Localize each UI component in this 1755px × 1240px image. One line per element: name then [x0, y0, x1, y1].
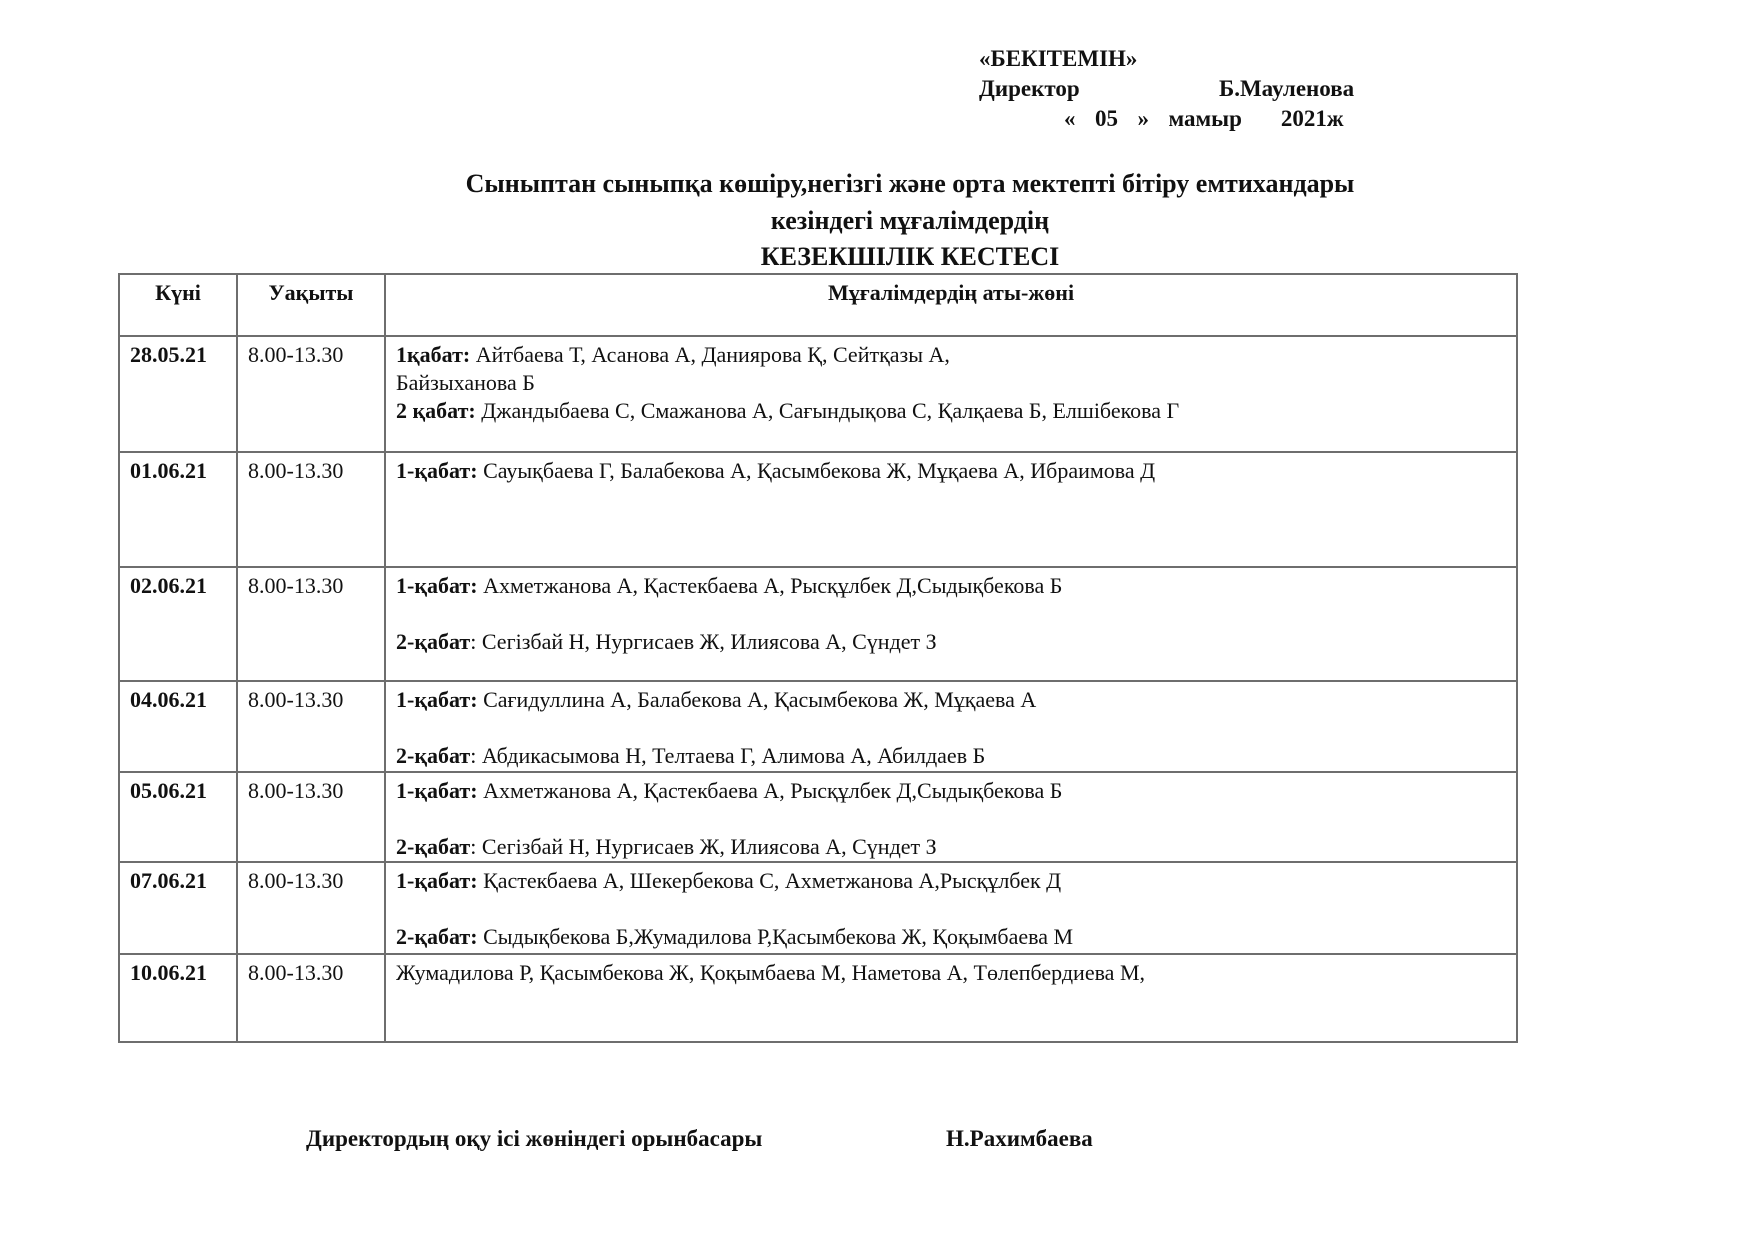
- approval-stamp: «БЕКІТЕМІН»: [979, 44, 1344, 74]
- cell-teachers: 1-қабат: Сағидуллина А, Балабекова А, Қа…: [385, 681, 1517, 772]
- teacher-line: 2-қабат: Абдикасымова Н, Телтаева Г, Али…: [396, 742, 1506, 770]
- teacher-names: Сауықбаева Г, Балабекова А, Қасымбекова …: [478, 458, 1156, 483]
- cell-teachers: 1қабат: Айтбаева Т, Асанова А, Даниярова…: [385, 336, 1517, 452]
- document-title-line-1: Сыныптан сыныпқа көшіру,негізгі және орт…: [0, 166, 1755, 201]
- floor-label: 1-қабат:: [396, 687, 478, 712]
- cell-time: 8.00-13.30: [237, 567, 385, 681]
- teacher-names: Айтбаева Т, Асанова А, Даниярова Қ, Сейт…: [470, 342, 950, 367]
- teacher-names: : Сегізбай Н, Нургисаев Ж, Илиясова А, С…: [470, 629, 936, 654]
- cell-time: 8.00-13.30: [237, 772, 385, 862]
- table-row: 10.06.218.00-13.30Жумадилова Р, Қасымбек…: [119, 954, 1517, 1042]
- teacher-names: : Абдикасымова Н, Телтаева Г, Алимова А,…: [470, 743, 985, 768]
- teacher-line: Жумадилова Р, Қасымбекова Ж, Қоқымбаева …: [396, 959, 1506, 987]
- teacher-names: Жумадилова Р, Қасымбекова Ж, Қоқымбаева …: [396, 960, 1145, 985]
- teacher-line: 1-қабат: Қастекбаева А, Шекербекова С, А…: [396, 867, 1506, 895]
- floor-label: 1-қабат:: [396, 573, 478, 598]
- footer-position: Директордың оқу ісі жөніндегі орынбасары: [306, 1126, 762, 1152]
- teacher-line: 2 қабат: Джандыбаева С, Смажанова А, Сағ…: [396, 397, 1506, 425]
- line-spacer: [396, 805, 1506, 833]
- cell-date: 07.06.21: [119, 862, 237, 954]
- cell-time: 8.00-13.30: [237, 954, 385, 1042]
- teacher-names: Джандыбаева С, Смажанова А, Сағындықова …: [476, 398, 1180, 423]
- teacher-line: 2-қабат: Сыдықбекова Б,Жумадилова Р,Қасы…: [396, 923, 1506, 951]
- teacher-names: Байзыханова Б: [396, 370, 535, 395]
- table-row: 07.06.218.00-13.301-қабат: Қастекбаева А…: [119, 862, 1517, 954]
- floor-label: 1-қабат:: [396, 778, 478, 803]
- teacher-line: Байзыханова Б: [396, 369, 1506, 397]
- header-teachers: Мұғалімдердің аты-жөні: [385, 274, 1517, 336]
- floor-label: 2 қабат:: [396, 398, 476, 423]
- document-title-line-2: кезіндегі мұғалімдердің: [0, 203, 1755, 238]
- document-title-line-3: КЕЗЕКШІЛІК КЕСТЕСІ: [0, 239, 1755, 274]
- table-row: 02.06.218.00-13.301-қабат: Ахметжанова А…: [119, 567, 1517, 681]
- floor-label: 1-қабат:: [396, 458, 478, 483]
- cell-time: 8.00-13.30: [237, 452, 385, 567]
- teacher-names: Сыдықбекова Б,Жумадилова Р,Қасымбекова Ж…: [478, 924, 1073, 949]
- cell-date: 28.05.21: [119, 336, 237, 452]
- line-spacer: [396, 714, 1506, 742]
- cell-teachers: 1-қабат: Ахметжанова А, Қастекбаева А, Р…: [385, 567, 1517, 681]
- teacher-names: Сағидуллина А, Балабекова А, Қасымбекова…: [478, 687, 1037, 712]
- cell-time: 8.00-13.30: [237, 336, 385, 452]
- line-spacer: [396, 895, 1506, 923]
- footer-signatory-name: Н.Рахимбаева: [946, 1126, 1093, 1152]
- cell-date: 02.06.21: [119, 567, 237, 681]
- line-spacer: [396, 600, 1506, 628]
- cell-time: 8.00-13.30: [237, 862, 385, 954]
- floor-label: 2-қабат:: [396, 924, 478, 949]
- cell-date: 10.06.21: [119, 954, 237, 1042]
- teacher-names: Ахметжанова А, Қастекбаева А, Рысқұлбек …: [478, 778, 1063, 803]
- table-header-row: Күні Уақыты Мұғалімдердің аты-жөні: [119, 274, 1517, 336]
- table-row: 04.06.218.00-13.301-қабат: Сағидуллина А…: [119, 681, 1517, 772]
- floor-label: 2-қабат: [396, 743, 470, 768]
- teacher-names: Қастекбаева А, Шекербекова С, Ахметжанов…: [478, 868, 1062, 893]
- teacher-line: 1-қабат: Сауықбаева Г, Балабекова А, Қас…: [396, 457, 1506, 485]
- cell-date: 05.06.21: [119, 772, 237, 862]
- table-row: 01.06.218.00-13.301-қабат: Сауықбаева Г,…: [119, 452, 1517, 567]
- teacher-line: 2-қабат: Сегізбай Н, Нургисаев Ж, Илиясо…: [396, 628, 1506, 656]
- cell-teachers: 1-қабат: Қастекбаева А, Шекербекова С, А…: [385, 862, 1517, 954]
- duty-schedule-table: Күні Уақыты Мұғалімдердің аты-жөні 28.05…: [118, 273, 1518, 1043]
- cell-teachers: Жумадилова Р, Қасымбекова Ж, Қоқымбаева …: [385, 954, 1517, 1042]
- floor-label: 2-қабат: [396, 834, 470, 859]
- header-date: Күні: [119, 274, 237, 336]
- floor-label: 2-қабат: [396, 629, 470, 654]
- cell-date: 01.06.21: [119, 452, 237, 567]
- teacher-line: 2-қабат: Сегізбай Н, Нургисаев Ж, Илиясо…: [396, 833, 1506, 861]
- approval-name: Б.Мауленова: [1219, 74, 1354, 104]
- table-row: 28.05.218.00-13.301қабат: Айтбаева Т, Ас…: [119, 336, 1517, 452]
- cell-teachers: 1-қабат: Ахметжанова А, Қастекбаева А, Р…: [385, 772, 1517, 862]
- cell-date: 04.06.21: [119, 681, 237, 772]
- cell-time: 8.00-13.30: [237, 681, 385, 772]
- floor-label: 1қабат:: [396, 342, 470, 367]
- table-row: 05.06.218.00-13.301-қабат: Ахметжанова А…: [119, 772, 1517, 862]
- teacher-line: 1-қабат: Ахметжанова А, Қастекбаева А, Р…: [396, 572, 1506, 600]
- teacher-line: 1-қабат: Ахметжанова А, Қастекбаева А, Р…: [396, 777, 1506, 805]
- header-time: Уақыты: [237, 274, 385, 336]
- teacher-names: : Сегізбай Н, Нургисаев Ж, Илиясова А, С…: [470, 834, 936, 859]
- teacher-names: Ахметжанова А, Қастекбаева А, Рысқұлбек …: [478, 573, 1063, 598]
- cell-teachers: 1-қабат: Сауықбаева Г, Балабекова А, Қас…: [385, 452, 1517, 567]
- approval-position: Директор: [979, 76, 1080, 101]
- approval-date: « 05 » мамыр 2021ж: [979, 104, 1344, 134]
- floor-label: 1-қабат:: [396, 868, 478, 893]
- approval-block: «БЕКІТЕМІН» Директор Б.Мауленова « 05 » …: [979, 44, 1344, 134]
- teacher-line: 1қабат: Айтбаева Т, Асанова А, Даниярова…: [396, 341, 1506, 369]
- teacher-line: 1-қабат: Сағидуллина А, Балабекова А, Қа…: [396, 686, 1506, 714]
- approval-signatory: Директор Б.Мауленова: [979, 74, 1344, 104]
